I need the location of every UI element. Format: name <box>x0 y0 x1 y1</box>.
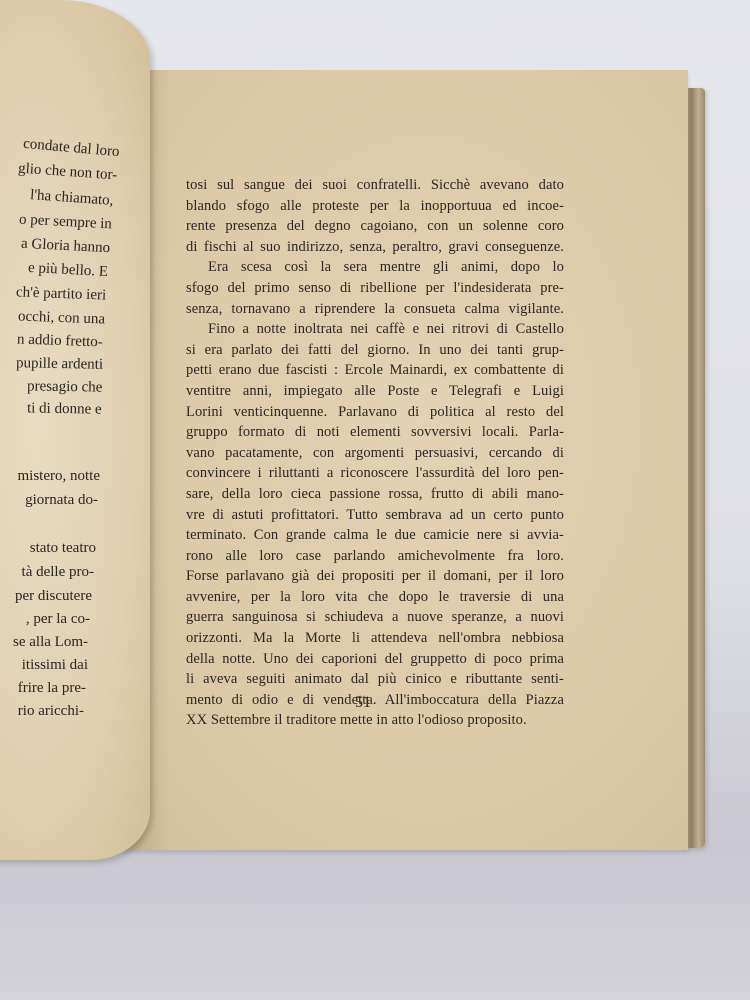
text-line: Era scesa così la sera mentre gli animi,… <box>186 257 564 278</box>
text-line: pupille ardenti <box>16 355 103 374</box>
text-line: li aveva seguiti animato dal più cinico … <box>186 669 564 690</box>
text-line: gruppo formato di noti elementi sovversi… <box>186 422 564 443</box>
text-line: stato teatro <box>30 540 96 557</box>
page-number: 51 <box>355 694 371 712</box>
text-line: rono alle loro case parlando amichevolme… <box>186 546 564 567</box>
text-line: mistero, notte <box>18 468 101 485</box>
text-line: vre di astuti profittatori. Tutto sembra… <box>186 505 564 526</box>
text-line: ti di donne e <box>27 400 102 418</box>
text-line: presagio che <box>26 378 102 396</box>
left-page-text: condate dal loro glio che non tor- l'ha … <box>0 0 150 860</box>
text-line: itissimi dai <box>22 657 88 674</box>
text-line: della notte. Uno dei caporioni del grupp… <box>186 649 564 670</box>
text-line: Forse parlavano già dei propositi per il… <box>186 566 564 587</box>
text-line: glio che non tor- <box>17 161 117 185</box>
text-line: blando sfogo alle proteste per la inoppo… <box>186 196 564 217</box>
text-line: XX Settembre il traditore mette in atto … <box>186 710 564 731</box>
text-line: occhi, con una <box>18 308 106 328</box>
text-line: giornata do- <box>25 492 98 509</box>
text-line: mento di odio e di vendetta. All'imbocca… <box>186 690 564 711</box>
text-line: sfogo del primo senso di ribellione per … <box>186 278 564 299</box>
text-line: e più bello. E <box>28 260 109 281</box>
text-line: o per sempre in <box>19 212 113 234</box>
text-line: avvenire, per la loro vita che dopo le t… <box>186 587 564 608</box>
text-line: orizzonti. Ma la Morte li attendeva nell… <box>186 628 564 649</box>
text-line: per discutere <box>15 588 92 605</box>
text-line: vano pacatamente, con argomenti persuasi… <box>186 443 564 464</box>
text-line: n addio fretto- <box>17 332 103 352</box>
text-line: di fischi al suo indirizzo, senza, peral… <box>186 237 564 258</box>
text-line: se alla Lom- <box>13 634 88 651</box>
text-line: guerra sanguinosa si schiudeva a nuove s… <box>186 607 564 628</box>
text-line: ch'è partito ieri <box>16 284 107 304</box>
text-line: rio aricchi- <box>18 703 84 720</box>
text-line: petti erano due fascisti : Ercole Mainar… <box>186 360 564 381</box>
text-line: terminato. Con grande calma le due camic… <box>186 525 564 546</box>
text-line: tosi sul sangue dei suoi confratelli. Si… <box>186 175 564 196</box>
text-line: tà delle pro- <box>22 564 94 581</box>
text-line: a Gloria hanno <box>20 236 110 258</box>
text-line: convincere i riluttanti a riconoscere l'… <box>186 463 564 484</box>
text-line: senza, tornavano a riprendere la consuet… <box>186 299 564 320</box>
right-page-text: tosi sul sangue dei suoi confratelli. Si… <box>186 175 564 731</box>
text-line: sare, della loro cieca passione rossa, f… <box>186 484 564 505</box>
text-line: ventitre anni, impiegato alle Poste e Te… <box>186 381 564 402</box>
text-line: l'ha chiamato, <box>30 187 114 210</box>
text-line: condate dal loro <box>23 136 121 161</box>
text-line: frire la pre- <box>18 680 86 697</box>
text-line: , per la co- <box>26 611 90 628</box>
text-line: Lorini venticinquenne. Parlavano di poli… <box>186 402 564 423</box>
text-line: rente presenza del degno cagoiano, con u… <box>186 216 564 237</box>
text-line: Fino a notte inoltrata nei caffè e nei r… <box>186 319 564 340</box>
text-line: si era parlato dei fatti del giorno. In … <box>186 340 564 361</box>
